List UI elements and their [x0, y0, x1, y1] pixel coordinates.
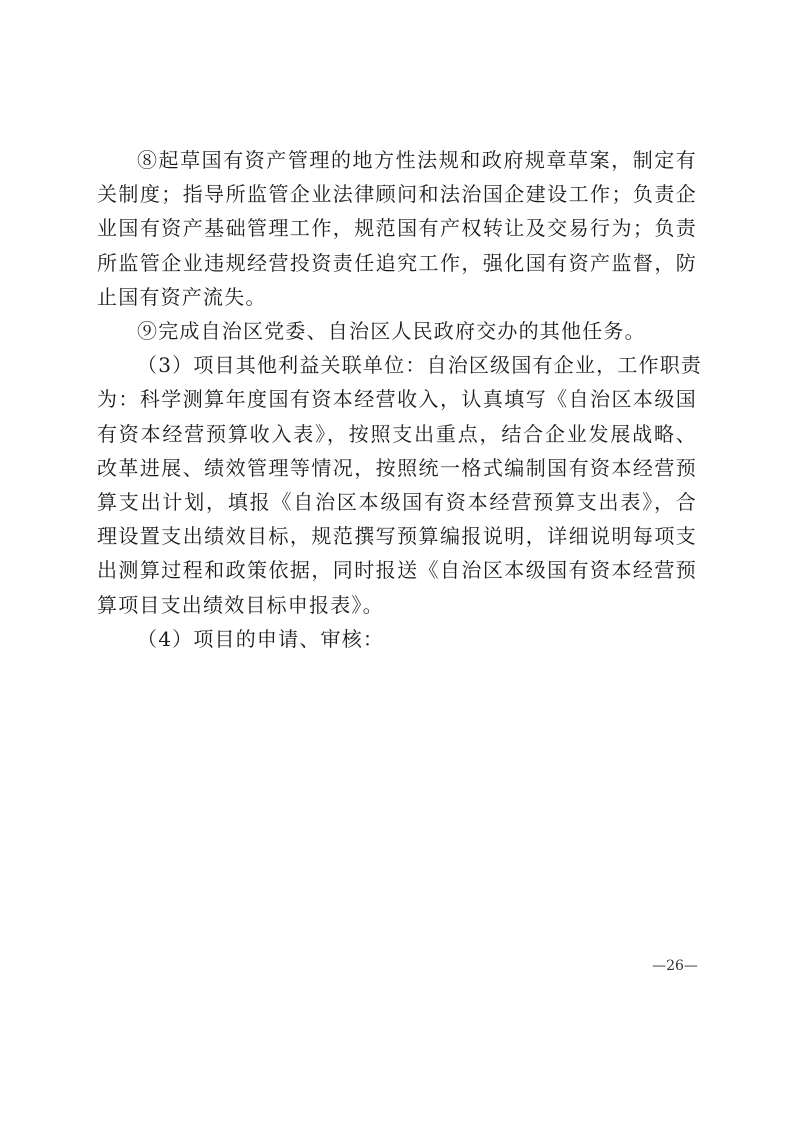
text-line: ⑧起草国有资产管理的地方性法规和政府规章草案，制定有: [97, 143, 697, 177]
text-line: 止国有资产流失。: [97, 280, 697, 314]
text-line: ⑨完成自治区党委、自治区人民政府交办的其他任务。: [97, 314, 697, 348]
text-line: 理设置支出绩效目标，规范撰写预算编报说明，详细说明每项支: [97, 519, 697, 553]
text-line: 改革进展、绩效管理等情况，按照统一格式编制国有资本经营预: [97, 451, 697, 485]
page-number: —26—: [640, 958, 710, 974]
document-body: ⑧起草国有资产管理的地方性法规和政府规章草案，制定有 关制度；指导所监管企业法律…: [97, 143, 697, 656]
document-page: ⑧起草国有资产管理的地方性法规和政府规章草案，制定有 关制度；指导所监管企业法律…: [0, 0, 793, 1122]
paragraph-item-9: ⑨完成自治区党委、自治区人民政府交办的其他任务。: [97, 314, 697, 348]
text-line: （3）项目其他利益关联单位：自治区级国有企业，工作职责: [97, 348, 697, 382]
paragraph-item-8: ⑧起草国有资产管理的地方性法规和政府规章草案，制定有 关制度；指导所监管企业法律…: [97, 143, 697, 314]
text-line: （4）项目的申请、审核：: [97, 622, 697, 656]
text-line: 有资本经营预算收入表》，按照支出重点，结合企业发展战略、: [97, 417, 697, 451]
text-line: 出测算过程和政策依据，同时报送《自治区本级国有资本经营预: [97, 553, 697, 587]
text-line: 业国有资产基础管理工作，规范国有产权转让及交易行为；负责: [97, 211, 697, 245]
paragraph-section-4: （4）项目的申请、审核：: [97, 622, 697, 656]
text-line: 算项目支出绩效目标申报表》。: [97, 588, 697, 622]
text-line: 为：科学测算年度国有资本经营收入，认真填写《自治区本级国: [97, 382, 697, 416]
text-line: 所监管企业违规经营投资责任追究工作，强化国有资产监督，防: [97, 246, 697, 280]
text-line: 关制度；指导所监管企业法律顾问和法治国企建设工作；负责企: [97, 177, 697, 211]
text-line: 算支出计划，填报《自治区本级国有资本经营预算支出表》，合: [97, 485, 697, 519]
paragraph-section-3: （3）项目其他利益关联单位：自治区级国有企业，工作职责 为：科学测算年度国有资本…: [97, 348, 697, 622]
